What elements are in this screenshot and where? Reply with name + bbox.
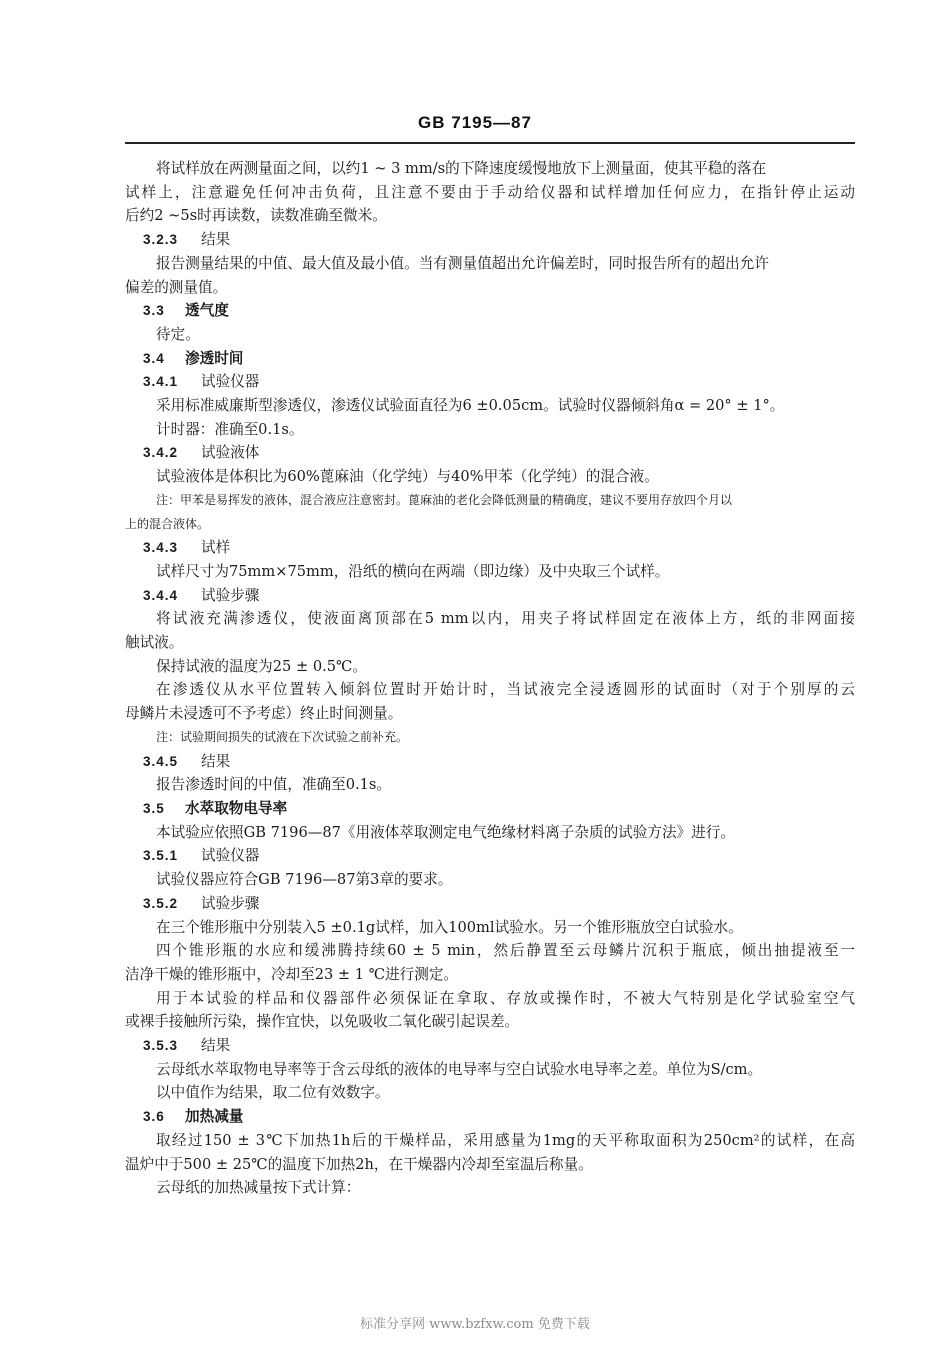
paragraph-line: 四个锥形瓶的水应和缓沸腾持续60 ± 5 min，然后静置至云母鳞片沉积于瓶底，… xyxy=(125,939,855,963)
paragraph-line: 云母纸水萃取物电导率等于含云母纸的液体的电导率与空白试验水电导率之差。单位为S/… xyxy=(125,1058,855,1082)
section-title: 加热减量 xyxy=(185,1108,243,1125)
section-number: 3.6 xyxy=(143,1105,185,1129)
paragraph-line: 母鳞片未浸透可不予考虑）终止时间测量。 xyxy=(125,702,855,726)
section-title: 渗透时间 xyxy=(185,350,243,367)
section-heading: 3.4.3试样 xyxy=(125,536,855,560)
note-text: 注：甲苯是易挥发的液体，混合液应注意密封。蓖麻油的老化会降低测量的精确度，建议不… xyxy=(125,489,855,513)
paragraph-line: 计时器：准确至0.1s。 xyxy=(125,418,855,442)
section-title: 结果 xyxy=(201,231,230,248)
section-number: 3.4 xyxy=(143,347,185,371)
section-number: 3.5.2 xyxy=(143,892,201,916)
paragraph-line: 试样上，注意避免任何冲击负荷，且注意不要由于手动给仪器和试样增加任何应力，在指针… xyxy=(125,181,855,205)
section-heading: 3.6加热减量 xyxy=(125,1105,855,1129)
section-heading: 3.4.2试验液体 xyxy=(125,441,855,465)
section-heading: 3.5水萃取物电导率 xyxy=(125,797,855,821)
paragraph-line: 将试液充满渗透仪，使液面离顶部在5 mm以内，用夹子将试样固定在液体上方，纸的非… xyxy=(125,607,855,631)
section-number: 3.5.1 xyxy=(143,844,201,868)
paragraph-line: 洁净干燥的锥形瓶中，冷却至23 ± 1 ℃进行测定。 xyxy=(125,963,855,987)
paragraph-line: 偏差的测量值。 xyxy=(125,276,855,300)
paragraph-line: 温炉中于500 ± 25℃的温度下加热2h，在干燥器内冷却至室温后称量。 xyxy=(125,1153,855,1177)
paragraph-line: 将试样放在两测量面之间，以约1 ~ 3 mm/s的下降速度缓慢地放下上测量面，使… xyxy=(125,157,855,181)
section-number: 3.2.3 xyxy=(143,228,201,252)
paragraph-line: 采用标准威廉斯型渗透仪，渗透仪试验面直径为6 ±0.05cm。试验时仪器倾斜角α… xyxy=(125,394,855,418)
section-number: 3.4.3 xyxy=(143,536,201,560)
paragraph-line: 保持试液的温度为25 ± 0.5℃。 xyxy=(125,655,855,679)
section-heading: 3.3透气度 xyxy=(125,299,855,323)
section-heading: 3.4.4试验步骤 xyxy=(125,584,855,608)
section-heading: 3.2.3结果 xyxy=(125,228,855,252)
paragraph-line: 试验液体是体积比为60%蓖麻油（化学纯）与40%甲苯（化学纯）的混合液。 xyxy=(125,465,855,489)
footer-watermark: 标准分享网 www.bzfxw.com 免费下载 xyxy=(0,1313,950,1332)
section-heading: 3.4.1试验仪器 xyxy=(125,370,855,394)
section-heading: 3.5.1试验仪器 xyxy=(125,844,855,868)
note-text: 注：试验期间损失的试液在下次试验之前补充。 xyxy=(125,726,855,750)
paragraph-line: 报告渗透时间的中值，准确至0.1s。 xyxy=(125,773,855,797)
paragraph-line: 在渗透仪从水平位置转入倾斜位置时开始计时，当试液完全浸透圆形的试面时（对于个别厚… xyxy=(125,678,855,702)
page-header-standard-number: GB 7195—87 xyxy=(0,113,950,133)
paragraph-line: 报告测量结果的中值、最大值及最小值。当有测量值超出允许偏差时，同时报告所有的超出… xyxy=(125,252,855,276)
section-number: 3.5.3 xyxy=(143,1034,201,1058)
paragraph-line: 或裸手接触所污染，操作宜快，以免吸收二氧化碳引起误差。 xyxy=(125,1010,855,1034)
section-heading: 3.4.5结果 xyxy=(125,750,855,774)
section-title: 试验步骤 xyxy=(201,587,259,604)
document-body: 将试样放在两测量面之间，以约1 ~ 3 mm/s的下降速度缓慢地放下上测量面，使… xyxy=(125,157,855,1200)
paragraph-line: 用于本试验的样品和仪器部件必须保证在拿取、存放或操作时，不被大气特别是化学试验室… xyxy=(125,987,855,1011)
section-number: 3.4.2 xyxy=(143,441,201,465)
paragraph-line: 本试验应依照GB 7196—87《用液体萃取测定电气绝缘材料离子杂质的试验方法》… xyxy=(125,821,855,845)
section-title: 试验液体 xyxy=(201,444,259,461)
paragraph-line: 在三个锥形瓶中分别装入5 ±0.1g试样，加入100ml试验水。另一个锥形瓶放空… xyxy=(125,916,855,940)
note-text: 上的混合液体。 xyxy=(125,513,855,537)
section-title: 水萃取物电导率 xyxy=(185,800,287,817)
section-title: 结果 xyxy=(201,1037,230,1054)
section-number: 3.3 xyxy=(143,299,185,323)
section-title: 透气度 xyxy=(185,302,229,319)
section-number: 3.4.4 xyxy=(143,584,201,608)
paragraph-line: 后约2 ~5s时再读数，读数准确至微米。 xyxy=(125,204,855,228)
section-heading: 3.5.2试验步骤 xyxy=(125,892,855,916)
section-title: 试验仪器 xyxy=(201,373,259,390)
section-title: 试验仪器 xyxy=(201,847,259,864)
paragraph-line: 云母纸的加热减量按下式计算： xyxy=(125,1176,855,1200)
section-heading: 3.5.3结果 xyxy=(125,1034,855,1058)
section-heading: 3.4渗透时间 xyxy=(125,347,855,371)
header-rule xyxy=(125,142,855,144)
section-number: 3.4.5 xyxy=(143,750,201,774)
paragraph-line: 试验仪器应符合GB 7196—87第3章的要求。 xyxy=(125,868,855,892)
paragraph-line: 触试液。 xyxy=(125,631,855,655)
section-title: 试验步骤 xyxy=(201,895,259,912)
paragraph-line: 取经过150 ± 3℃下加热1h后的干燥样品，采用感量为1mg的天平称取面积为2… xyxy=(125,1129,855,1153)
paragraph-line: 试样尺寸为75mm×75mm，沿纸的横向在两端（即边缘）及中央取三个试样。 xyxy=(125,560,855,584)
section-number: 3.4.1 xyxy=(143,370,201,394)
section-title: 结果 xyxy=(201,753,230,770)
paragraph-line: 待定。 xyxy=(125,323,855,347)
section-number: 3.5 xyxy=(143,797,185,821)
paragraph-line: 以中值作为结果，取二位有效数字。 xyxy=(125,1081,855,1105)
section-title: 试样 xyxy=(201,539,230,556)
